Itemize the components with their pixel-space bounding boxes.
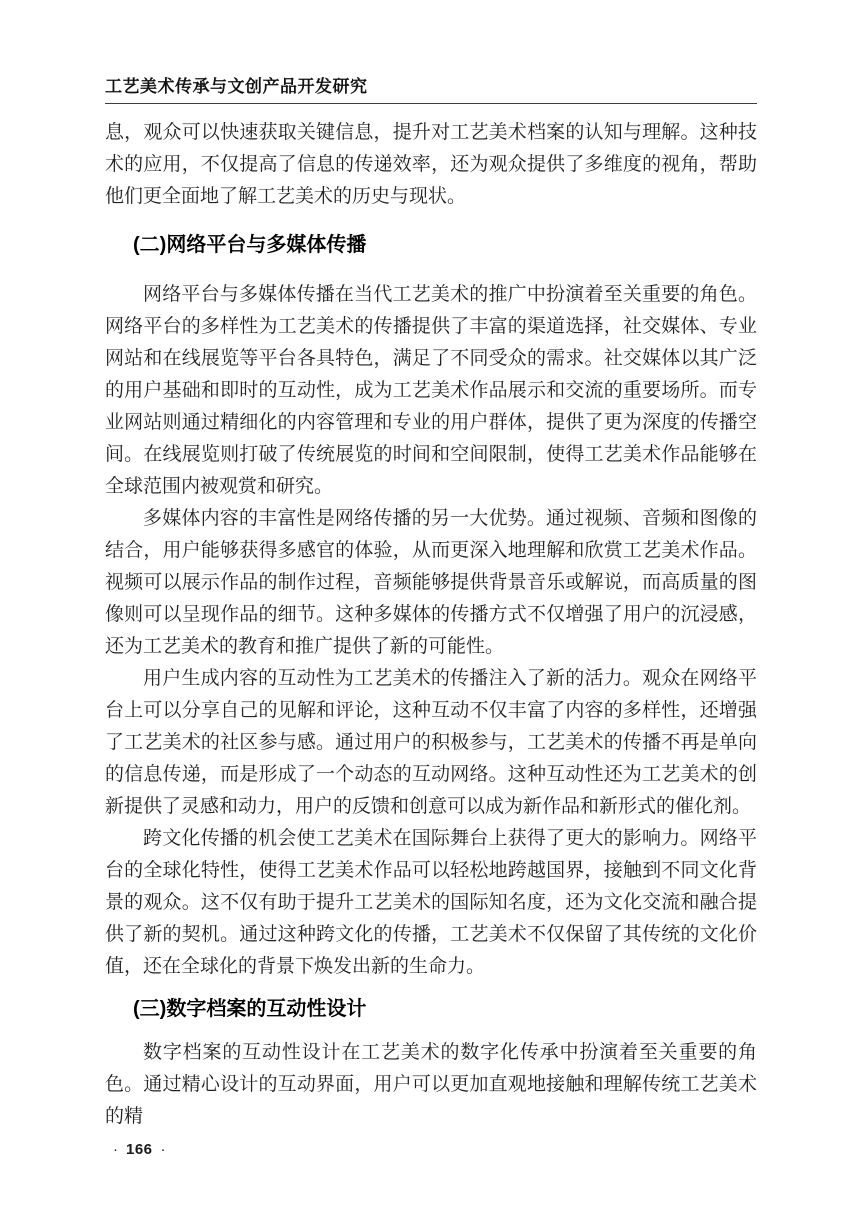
page-header: 工艺美术传承与文创产品开发研究: [105, 0, 757, 104]
footer-left-dot: ·: [113, 1141, 118, 1158]
running-title: 工艺美术传承与文创产品开发研究: [105, 77, 757, 96]
section-heading-digital-archive-interactivity: (三)数字档案的互动性设计: [105, 995, 757, 1023]
page-number: 166: [126, 1141, 153, 1158]
paragraph: 多媒体内容的丰富性是网络传播的另一大优势。通过视频、音频和图像的结合，用户能够获…: [105, 503, 757, 663]
paragraph: 用户生成内容的互动性为工艺美术的传播注入了新的活力。观众在网络平台上可以分享自己…: [105, 663, 757, 823]
footer-right-dot: ·: [161, 1141, 166, 1158]
page-body: 息，观众可以快速获取关键信息，提升对工艺美术档案的认知与理解。这种技术的应用，不…: [105, 117, 757, 1133]
header-rule: [105, 103, 757, 104]
content-column: 工艺美术传承与文创产品开发研究 息，观众可以快速获取关键信息，提升对工艺美术档案…: [105, 0, 757, 1158]
section-heading-network-platforms: (二)网络平台与多媒体传播: [105, 231, 757, 259]
paragraph: 跨文化传播的机会使工艺美术在国际舞台上获得了更大的影响力。网络平台的全球化特性，…: [105, 823, 757, 983]
paragraph: 数字档案的互动性设计在工艺美术的数字化传承中扮演着至关重要的角色。通过精心设计的…: [105, 1037, 757, 1133]
paragraph-continuation: 息，观众可以快速获取关键信息，提升对工艺美术档案的认知与理解。这种技术的应用，不…: [105, 117, 757, 213]
page-footer: ·166·: [105, 1141, 757, 1158]
paragraph: 网络平台与多媒体传播在当代工艺美术的推广中扮演着至关重要的角色。网络平台的多样性…: [105, 279, 757, 503]
document-page: 工艺美术传承与文创产品开发研究 息，观众可以快速获取关键信息，提升对工艺美术档案…: [0, 0, 860, 1208]
